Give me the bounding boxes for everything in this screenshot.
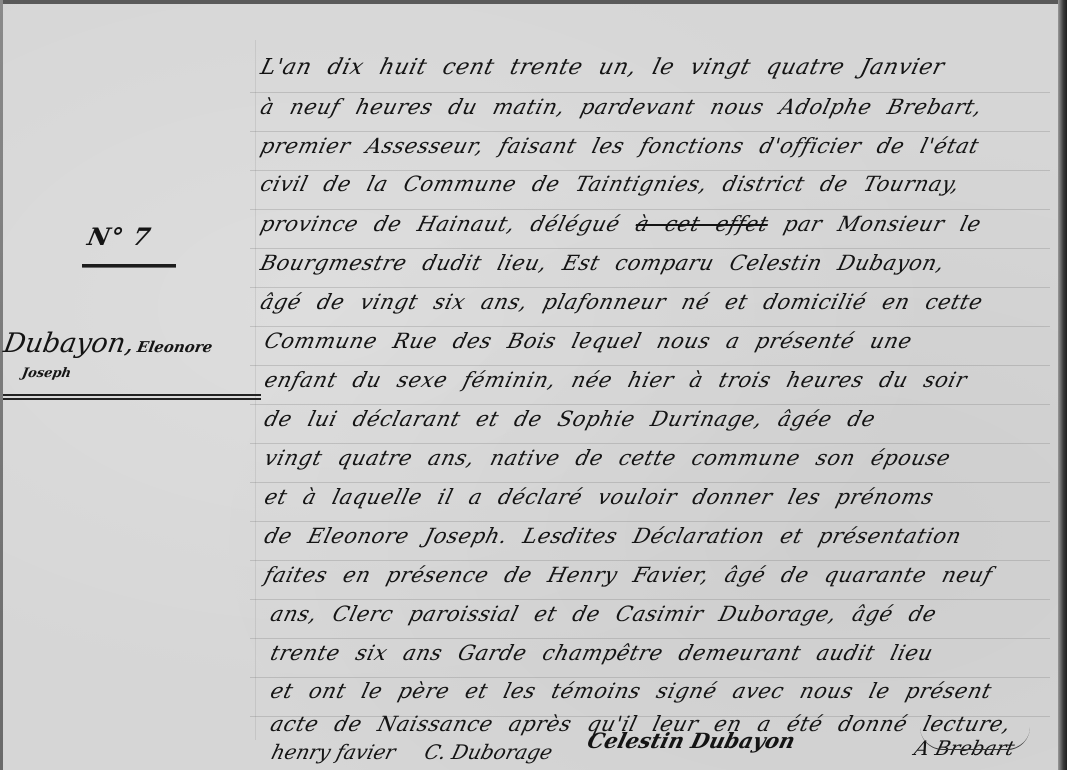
struck-text: à cet effet <box>633 212 771 236</box>
margin-child-name: Dubayon,Eleonore <box>1 328 215 359</box>
body-line-10: de lui déclarant et de Sophie Durinage, … <box>262 407 878 431</box>
body-line-1: L'an dix huit cent trente un, le vingt q… <box>258 55 947 80</box>
body-line-8: Commune Rue des Bois lequel nous a prése… <box>262 329 915 353</box>
ruled-line <box>250 170 1050 171</box>
ruled-line <box>250 599 1050 600</box>
scan-right-edge <box>1058 0 1067 770</box>
ruled-line <box>250 404 1050 405</box>
body-line-11: vingt quatre ans, native de cette commun… <box>262 446 953 470</box>
ruled-line <box>250 443 1050 444</box>
margin-surname: Dubayon, <box>1 328 136 359</box>
ruled-line <box>250 248 1050 249</box>
ruled-line <box>250 365 1050 366</box>
body-line-9: enfant du sexe féminin, née hier à trois… <box>262 368 970 392</box>
signature-witness-henry-favier: henry favier <box>269 740 398 764</box>
ruled-line <box>250 638 1050 639</box>
entry-number-underline <box>82 264 176 268</box>
body-line-4: civil de la Commune de Taintignies, dist… <box>258 172 962 196</box>
ruled-line <box>250 521 1050 522</box>
margin-guide-line <box>255 40 256 740</box>
signature-father-celestin-dubayon: Celestin Dubayon <box>585 728 798 753</box>
body-line-2: à neuf heures du matin, pardevant nous A… <box>258 95 985 119</box>
signature-flourish <box>920 727 1030 750</box>
ruled-line <box>250 287 1050 288</box>
ruled-line <box>250 560 1050 561</box>
ruled-line <box>250 677 1050 678</box>
body-line-14: faites en présence de Henry Favier, âgé … <box>262 563 995 587</box>
margin-given-name-2: Joseph <box>21 366 73 381</box>
ruled-line <box>250 209 1050 210</box>
margin-double-rule <box>3 394 261 400</box>
body-line-3: premier Assesseur, faisant les fonctions… <box>258 134 982 158</box>
body-line-5: province de Hainaut, délégué à cet effet… <box>258 212 984 236</box>
ruled-line <box>250 326 1050 327</box>
ruled-line <box>250 131 1050 132</box>
entry-number: N° 7 <box>85 222 154 251</box>
body-line-15: ans, Clerc paroissial et de Casimir Dubo… <box>268 602 939 626</box>
ruled-line <box>250 482 1050 483</box>
body-line-17: et ont le père et les témoins signé avec… <box>268 679 994 703</box>
scanned-document-page: N° 7 Dubayon,Eleonore Joseph L'an dix hu… <box>0 0 1067 770</box>
ruled-line <box>250 92 1050 93</box>
body-line-12: et à laquelle il a déclaré vouloir donne… <box>262 485 936 509</box>
body-line-13: de Eleonore Joseph. Lesdites Déclaration… <box>262 524 964 548</box>
margin-given-name-1: Eleonore <box>136 338 214 356</box>
body-line-16: trente six ans Garde champêtre demeurant… <box>268 641 936 665</box>
signature-witness-duborage: C. Duborage <box>422 740 555 764</box>
scan-left-edge <box>0 0 3 770</box>
body-line-6: Bourgmestre dudit lieu, Est comparu Cele… <box>258 251 947 275</box>
scan-top-edge <box>0 0 1067 4</box>
body-line-7: âgé de vingt six ans, plafonneur né et d… <box>258 290 985 314</box>
